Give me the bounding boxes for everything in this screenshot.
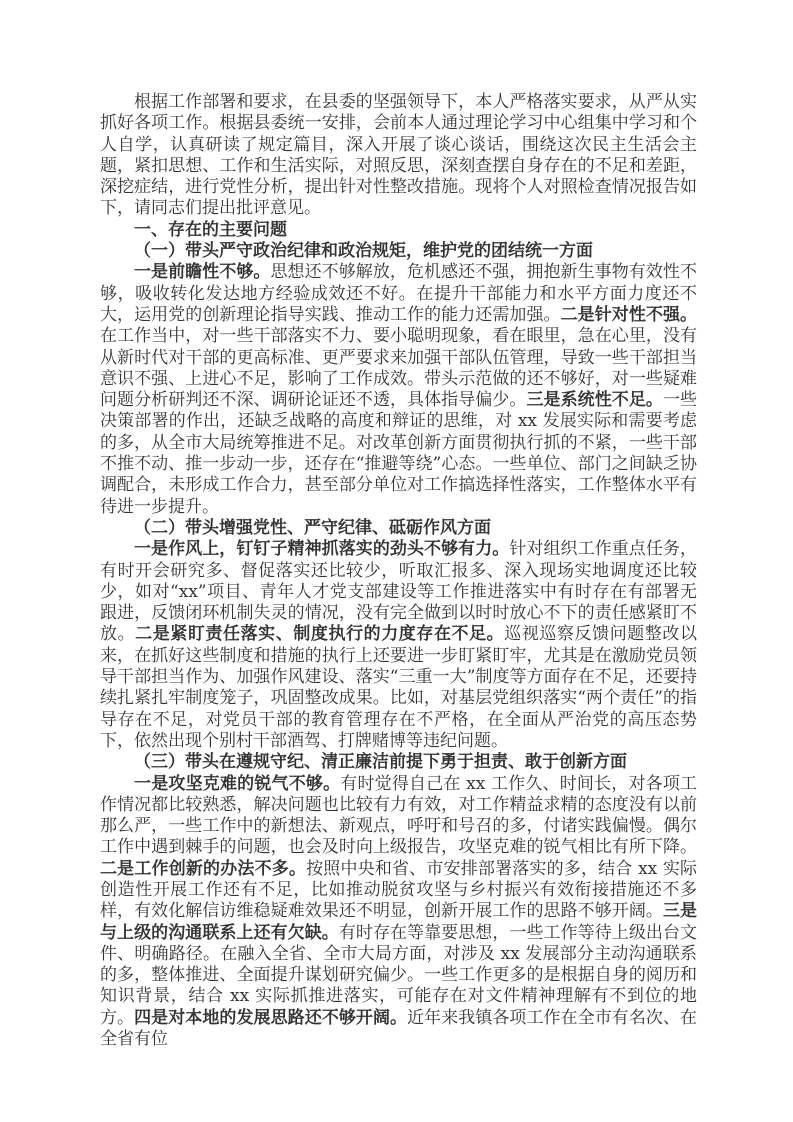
bold-text-run: 二是紧盯责任落实、制度执行的力度存在不足。 — [135, 624, 504, 644]
bold-text-run: 一是作风上，钉钉子精神抓落实的劲头不够有力。 — [134, 539, 509, 559]
paragraph: 一是攻坚克难的锐气不够。有时觉得自己在 xx 工作久、时间长，对各项工作情况都比… — [100, 774, 697, 1051]
paragraph: 一是前瞻性不够。思想还不够解放，危机感还不强，拥抱新生事物有效性不够，吸收转化发… — [100, 262, 697, 518]
bold-text-run: 一是前瞻性不够。 — [134, 262, 271, 282]
bold-text-run: 四是对本地的发展思路还不够开阔。 — [134, 1008, 407, 1028]
section-heading: 一、存在的主要问题 — [100, 220, 697, 241]
section-heading: （三）带头在遵规守纪、清正廉洁前提下勇于担责、敢于创新方面 — [100, 752, 697, 773]
paragraph: 根据工作部署和要求，在县委的坚强领导下，本人严格落实要求，从严从实抓好各项工作。… — [100, 92, 697, 220]
section-heading: （二）带头增强党性、严守纪律、砥砺作风方面 — [100, 518, 697, 539]
bold-text-run: 一、存在的主要问题 — [134, 220, 287, 240]
section-heading: （一）带头严守政治纪律和政治规矩，维护党的团结统一方面 — [100, 241, 697, 262]
bold-text-run: 三是系统性不足。 — [526, 390, 662, 410]
paragraph: 一是作风上，钉钉子精神抓落实的劲头不够有力。针对组织工作重点任务，有时开会研究多… — [100, 539, 697, 752]
bold-text-run: （三）带头在遵规守纪、清正廉洁前提下勇于担责、敢于创新方面 — [134, 752, 627, 772]
bold-text-run: 一是攻坚克难的锐气不够。 — [134, 774, 340, 794]
document-body: 根据工作部署和要求，在县委的坚强领导下，本人严格落实要求，从严从实抓好各项工作。… — [100, 92, 697, 1050]
bold-text-run: 二是针对性不强。 — [561, 305, 697, 325]
document-page: 根据工作部署和要求，在县委的坚强领导下，本人严格落实要求，从严从实抓好各项工作。… — [0, 0, 793, 1122]
bold-text-run: 二是工作创新的办法不多。 — [100, 859, 306, 879]
text-run: 根据工作部署和要求，在县委的坚强领导下，本人严格落实要求，从严从实抓好各项工作。… — [100, 92, 697, 218]
bold-text-run: （二）带头增强党性、严守纪律、砥砺作风方面 — [134, 518, 491, 538]
bold-text-run: （一）带头严守政治纪律和政治规矩，维护党的团结统一方面 — [134, 241, 593, 261]
